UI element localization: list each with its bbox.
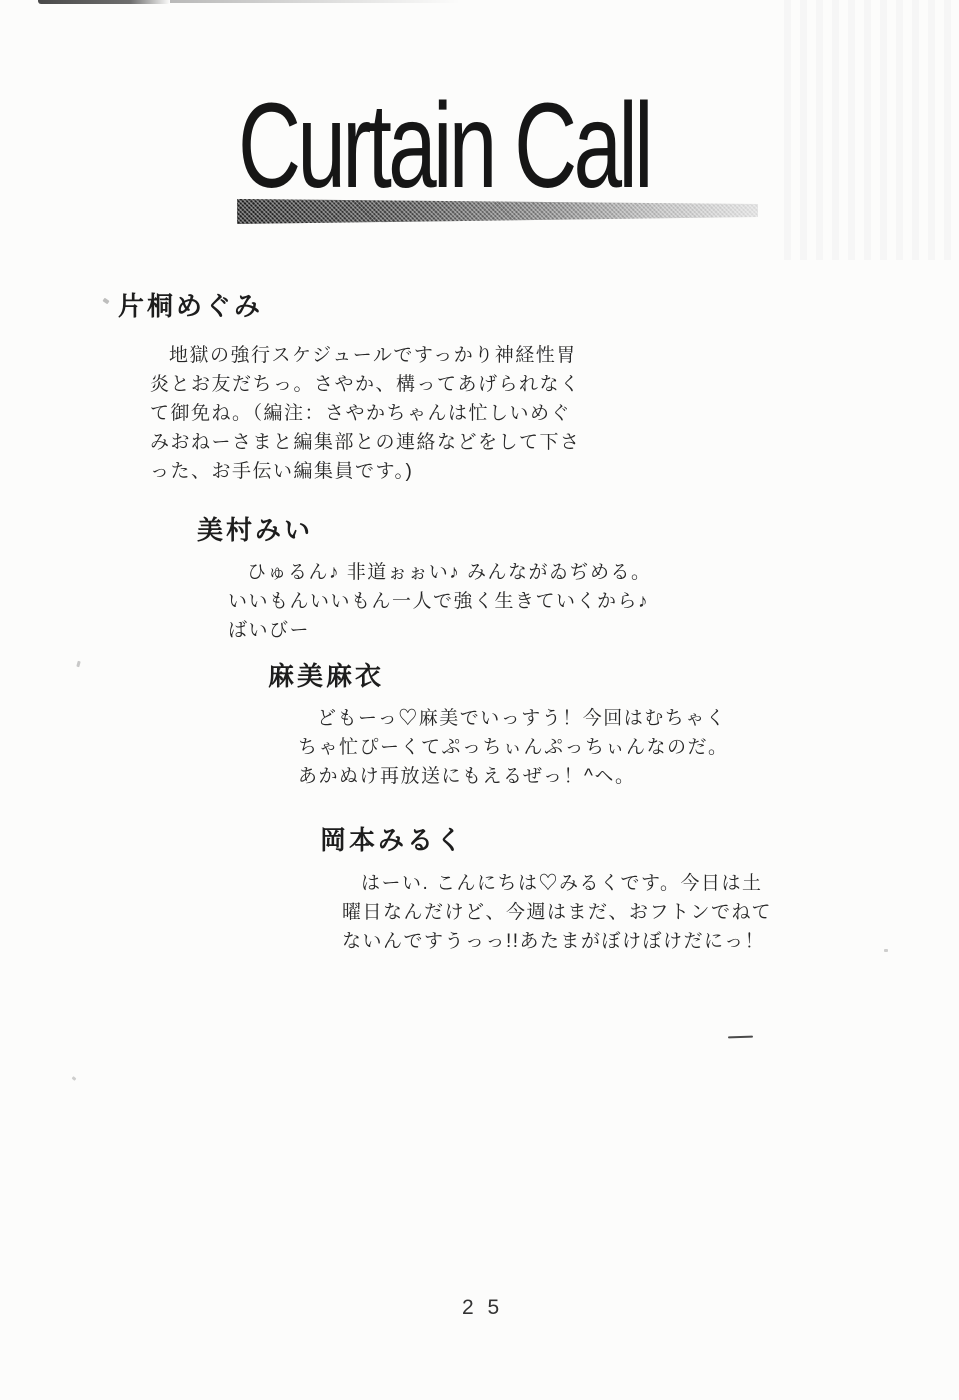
scan-speck — [76, 661, 80, 668]
comment-line: 炎とお友だちっ。さやか、構ってあげられなく — [150, 370, 550, 399]
page-title: Curtain Call — [238, 86, 650, 206]
comment-line: った、お手伝い編集員です。) — [150, 457, 550, 486]
scan-dash — [728, 1036, 753, 1039]
comment-line: どもーっ♡麻美でいっすう！今回はむちゃく — [298, 704, 698, 733]
comment-line: 曜日なんだけど、今週はまだ、おフトンでねて — [342, 898, 742, 927]
scan-speck — [72, 1076, 77, 1081]
comment-line: みおねーさまと編集部との連絡などをして下さ — [150, 428, 550, 457]
scan-speck — [102, 298, 109, 305]
scan-speck — [884, 949, 888, 952]
comment-line: ちゃ忙ぴーくてぷっちぃんぷっちぃんなのだ。 — [298, 733, 698, 762]
comment-line: ひゅるん♪ 非道ぉぉい♪ みんながゐぢめる。 — [228, 558, 628, 587]
comment-line: あかぬけ再放送にもえるぜっ！^ヘ｡ — [298, 762, 698, 791]
author-comment-katagiri-megumi: 地獄の強行スケジュールですっかり神経性胃 炎とお友だちっ。さやか、構ってあげられ… — [150, 341, 550, 486]
author-name-mimura-mii: 美村みい — [197, 510, 313, 547]
title-gradient-bar — [237, 199, 758, 224]
author-comment-asami-mai: どもーっ♡麻美でいっすう！今回はむちゃく ちゃ忙ぴーくてぷっちぃんぷっちぃんなの… — [298, 704, 698, 791]
author-name-katagiri-megumi: 片桐めぐみ — [118, 286, 263, 323]
scan-streaks — [784, 0, 959, 260]
author-name-okamoto-miruku: 岡本みるく — [320, 820, 465, 857]
comment-line: 地獄の強行スケジュールですっかり神経性胃 — [150, 341, 550, 370]
author-name-asami-mai: 麻美麻衣 — [268, 656, 384, 693]
comment-line: て御免ね。（編注：さやかちゃんは忙しいめぐ — [150, 399, 550, 428]
page-number: 2 5 — [462, 1296, 503, 1320]
author-comment-okamoto-miruku: はーい. こんにちは♡みるくです。今日は土 曜日なんだけど、今週はまだ、おフトン… — [342, 869, 742, 956]
comment-line: ばいびー — [228, 616, 628, 645]
comment-line: いいもんいいもん一人で強く生きていくから♪ — [228, 587, 628, 616]
comment-line: はーい. こんにちは♡みるくです。今日は土 — [342, 869, 742, 898]
comment-line: ないんですうっっ!!あたまがぼけぼけだにっ！ — [342, 927, 742, 956]
scanned-page: Curtain Call 片桐めぐみ 地獄の強行スケジュールですっかり神経性胃 … — [0, 0, 959, 1400]
author-comment-mimura-mii: ひゅるん♪ 非道ぉぉい♪ みんながゐぢめる。 いいもんいいもん一人で強く生きてい… — [228, 558, 628, 645]
scan-smudge-top-2 — [170, 0, 460, 3]
scan-smudge-top — [38, 0, 170, 4]
